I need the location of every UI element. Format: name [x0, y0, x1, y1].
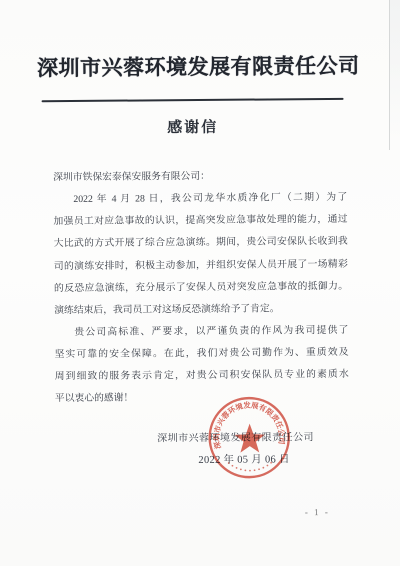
page-number: - 1 - — [305, 507, 330, 517]
company-seal: 深圳市兴蓉环境发展有限责任公司 — [207, 395, 293, 484]
letter-body-line: 大比武的方式开展了综合应急演练。期间，贵公司安保队长收到我 — [54, 231, 348, 255]
letter-body-line: 贵公司高标准、严要求，以严谨负责的作风为我司提供了 — [54, 320, 348, 344]
letter-body-line: 2022 年 4 月 28 日，我公司龙华水质净化厂（二期）为了 — [53, 187, 347, 211]
letter-title: 感谢信 — [42, 115, 344, 138]
letter-body: 深圳市铁保宏泰保安服务有限公司： 2022 年 4 月 28 日，我公司龙华水质… — [53, 165, 349, 411]
letter-body-line: 坚实可靠的安全保障。在此，我们对贵公司勤作为、重质效及 — [54, 342, 348, 366]
letter-body-line: 平以衷心的感谢！ — [55, 386, 349, 410]
company-header: 深圳市兴蓉环境发展有限责任公司 — [0, 49, 398, 82]
letter-body-line: 演练结束后，我司员工对这场反恐演练给予了肯定。 — [54, 298, 348, 322]
star-icon — [234, 423, 265, 452]
header-divider — [42, 98, 344, 103]
letter-body-line: 加强员工对应急事故的认识，提高突发应急事故处理的能力，通过 — [53, 209, 347, 233]
letter-body-line: 的反恐应急演练，充分展示了安保人员对突发应急事故的抵御力。 — [54, 276, 348, 300]
letter-body-line: 深圳市铁保宏泰保安服务有限公司： — [53, 165, 347, 189]
letter-body-line: 司的演练安排时，积极主动参加，并组织安保人员开展了一场精彩 — [54, 253, 348, 277]
seal-serial-dots — [228, 462, 272, 472]
letter-sheet: 深圳市兴蓉环境发展有限责任公司 感谢信 深圳市铁保宏泰保安服务有限公司： 202… — [0, 0, 400, 566]
letter-body-line: 周到细致的服务表示肯定，对贵公司积安保队员专业的素质水 — [55, 364, 349, 388]
